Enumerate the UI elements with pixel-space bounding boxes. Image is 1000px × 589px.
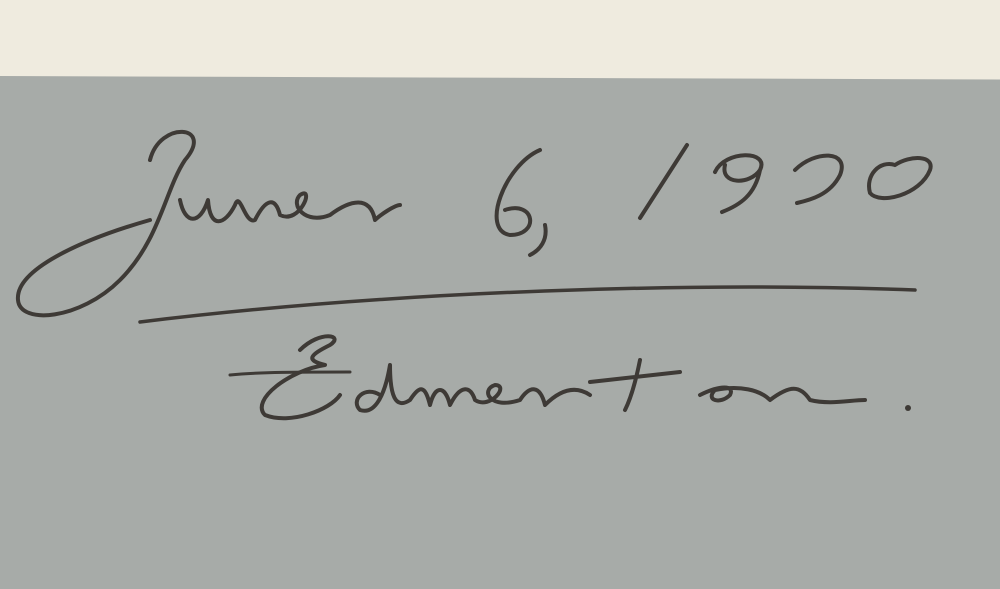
location-text: Edmonton. bbox=[240, 330, 627, 412]
handwriting bbox=[0, 0, 1000, 589]
date-text: June 6, 1920 bbox=[20, 140, 533, 233]
